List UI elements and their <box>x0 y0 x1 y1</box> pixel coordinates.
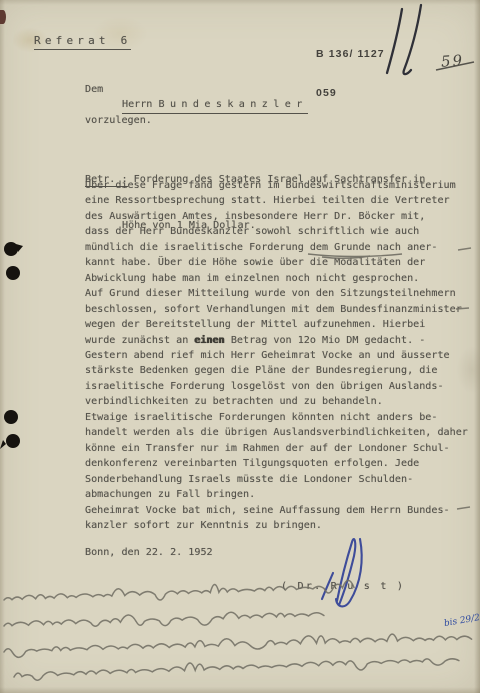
recipient-prefix: Herrn <box>122 99 158 110</box>
crossed-out-folio-number: 59 <box>440 53 464 70</box>
scanned-memo-page: Referat 6 B 136/ 1127 059 59 Dem Herrn B… <box>0 0 480 693</box>
handwritten-pencil-line <box>4 612 324 626</box>
typed-line: verbindlichkeiten zu betrachten und zu b… <box>85 394 475 409</box>
address-dem: Dem <box>85 82 103 97</box>
blue-ink-date-note: bis 29/2 <box>443 611 480 633</box>
typed-line: stärkste Bedenken gegen die Pläne der Bu… <box>85 363 475 378</box>
memo-body: Über diese Frage fand gestern im Bundesw… <box>85 178 475 533</box>
overstruck-word: einen <box>194 333 224 348</box>
typed-line: mündlich die israelitische Forderung dem… <box>85 240 475 255</box>
typed-line: eine Ressortbesprechung statt. Hierbei t… <box>85 193 475 208</box>
typed-line: abmachungen zu Fall bringen. <box>85 487 475 502</box>
typed-line: denkonferenz vereinbarten Tilgungsquoten… <box>85 456 475 471</box>
dateline: Bonn, den 22. 2. 1952 <box>85 545 213 560</box>
typed-line: Abwicklung habe man im einzelnen noch ni… <box>85 271 475 286</box>
typed-line: israelitische Forderung losgelöst von de… <box>85 379 475 394</box>
signature-paraph-icon <box>322 539 362 606</box>
handwritten-pencil-note <box>4 580 472 680</box>
signature-name-typed: ( Dr. R u s t ) <box>281 579 405 594</box>
typed-line: handelt werden als die übrigen Auslandsv… <box>85 425 475 440</box>
typed-line: Gestern abend rief mich Herr Geheimrat V… <box>85 348 475 363</box>
handwritten-pencil-line <box>4 634 472 657</box>
typed-line: dass der Herr Bundeskanzler sowohl schri… <box>85 224 475 239</box>
typed-line: beschlossen, sofort Verhandlungen mit de… <box>85 302 475 317</box>
punch-holes-icon <box>0 242 23 449</box>
handwritten-pencil-line <box>14 659 459 680</box>
typed-line: Auf Grund dieser Mitteilung wurde von de… <box>85 286 475 301</box>
recipient-line: Herrn Bundeskanzler <box>122 97 308 114</box>
typed-line: kanzler sofort zur Kenntnis zu bringen. <box>85 518 475 533</box>
typed-line: Sonderbehandlung Israels müsste die Lond… <box>85 472 475 487</box>
recipient-name: Bundeskanzler <box>158 99 307 110</box>
typed-line: Etwaige israelitische Forderungen könnte… <box>85 410 475 425</box>
archive-ref-line2: 059 <box>316 87 385 100</box>
typed-line: kannt habe. Über die Höhe sowie über die… <box>85 255 475 270</box>
typed-line: Geheimrat Vocke bat mich, seine Auffassu… <box>85 503 475 518</box>
typed-line: Über diese Frage fand gestern im Bundesw… <box>85 178 475 193</box>
corner-ink-mark <box>0 10 6 24</box>
referat-heading: Referat 6 <box>34 33 131 50</box>
archive-ref-line1: B 136/ 1127 <box>316 48 385 61</box>
handwritten-page-number <box>387 5 421 74</box>
address-action: vorzulegen. <box>85 113 152 128</box>
typed-line: wurde zunächst an einen Betrag von 12o M… <box>85 333 475 348</box>
archive-reference-stamp: B 136/ 1127 059 <box>316 22 385 126</box>
typed-line: könne ein Transfer nur im Rahmen der auf… <box>85 441 475 456</box>
typed-line: wegen der Bereitstellung der Mittel aufz… <box>85 317 475 332</box>
typed-line: des Auswärtigen Amtes, insbesondere Herr… <box>85 209 475 224</box>
